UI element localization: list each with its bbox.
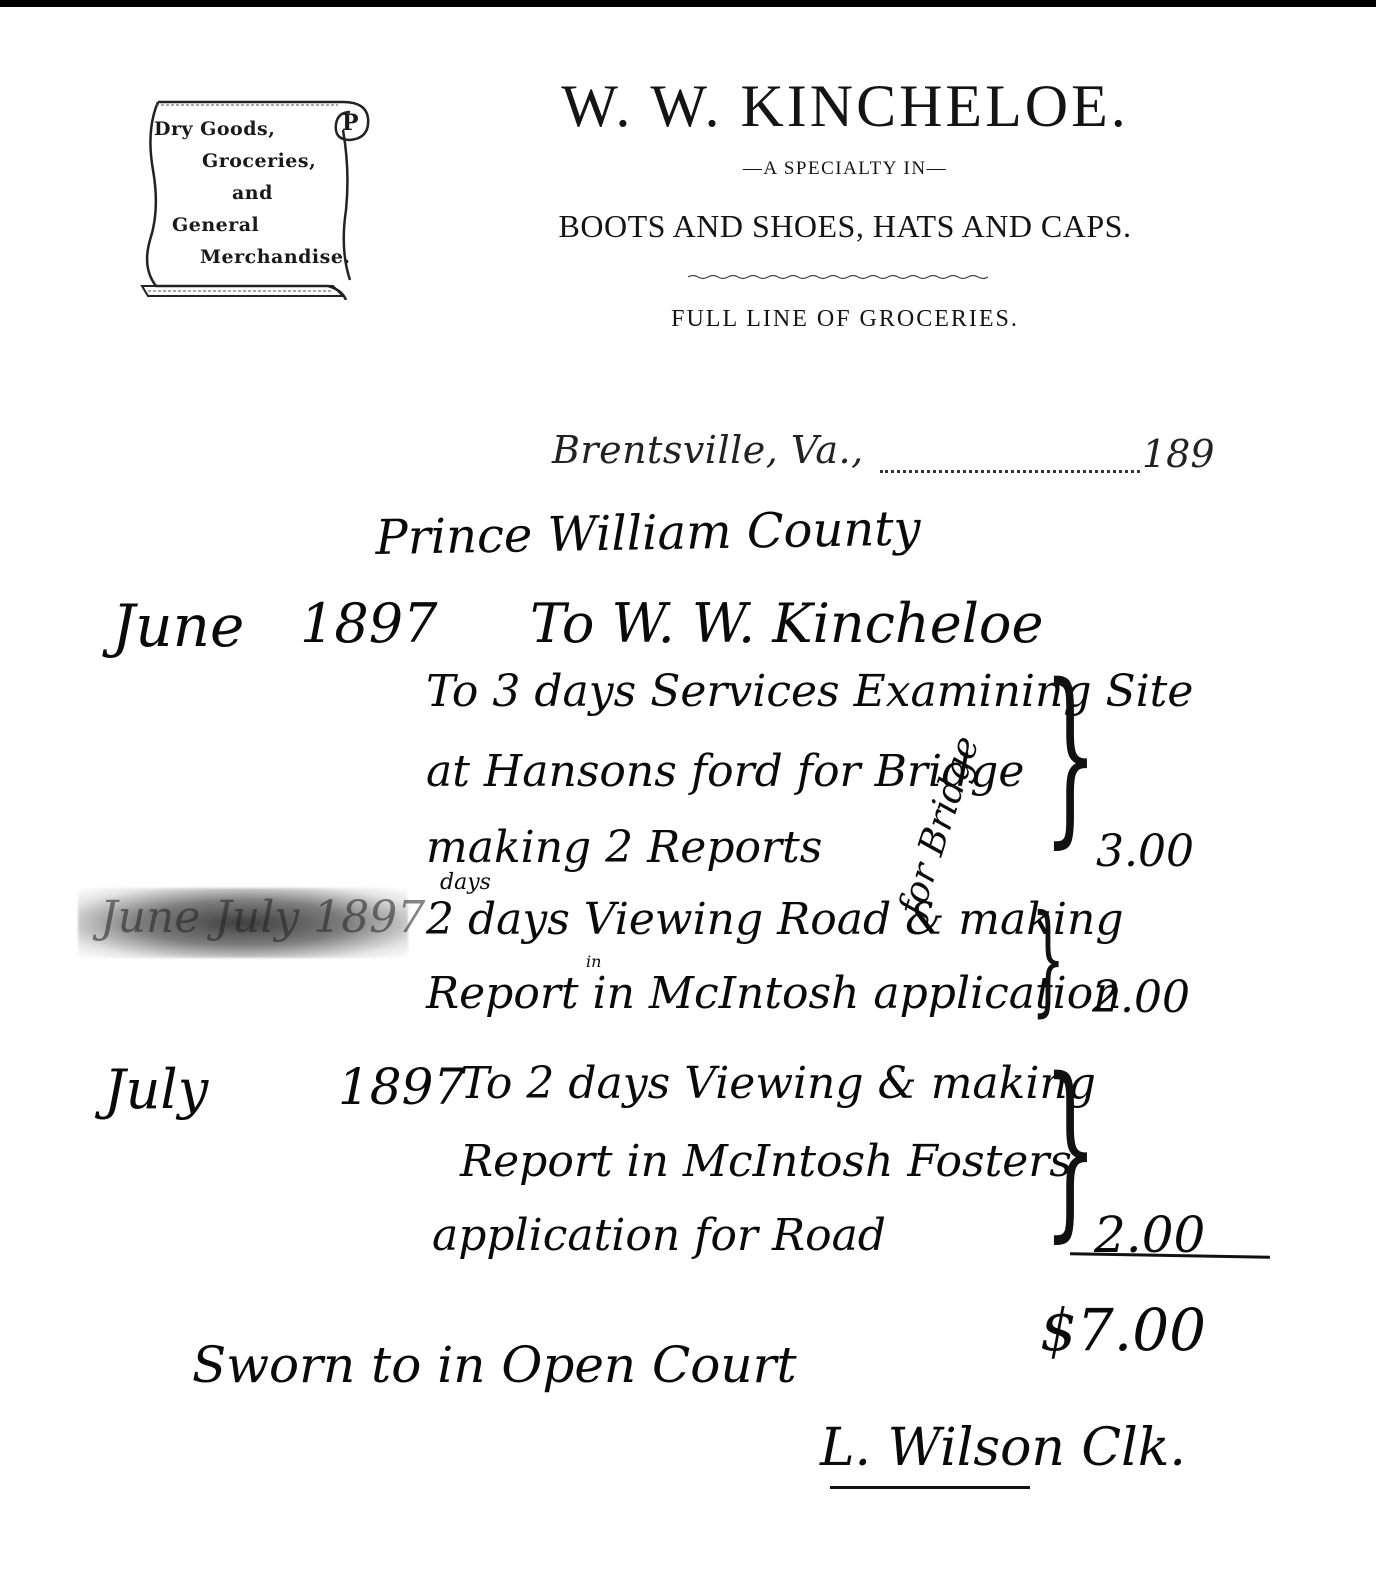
specialty-line: BOOTS AND SHOES, HATS AND CAPS. xyxy=(460,208,1230,245)
item-2-struck-date: June July 1897 xyxy=(100,892,425,943)
attestation: Sworn to in Open Court xyxy=(192,1336,797,1394)
date-blank-line xyxy=(880,470,1140,473)
scroll-corner-letter: P xyxy=(342,110,359,136)
billed-to: Prince William County xyxy=(375,500,921,566)
place-label: Brentsville, Va., xyxy=(552,428,864,472)
item-3-line-2: Report in McIntosh Fosters xyxy=(460,1136,1072,1187)
item-1-amount: 3.00 xyxy=(1096,826,1194,877)
entry-month: June xyxy=(112,592,244,660)
scroll-line-groceries: Groceries, xyxy=(202,150,316,172)
merchandise-scroll-logo: Dry Goods, Groceries, and General Mercha… xyxy=(128,90,378,295)
item-2-amount: 2.00 xyxy=(1092,972,1190,1023)
specialty-intro: —A SPECIALTY IN— xyxy=(460,158,1230,180)
wavy-divider-icon xyxy=(688,274,988,280)
scroll-line-general: General xyxy=(172,214,259,236)
item-3-year: 1897 xyxy=(338,1058,465,1116)
item-2-brace-icon: } xyxy=(1031,900,1065,1020)
item-3-line-3: application for Road xyxy=(432,1210,886,1261)
scroll-line-and: and xyxy=(232,182,273,204)
scroll-line-merchandise: Merchandise. xyxy=(200,246,351,268)
item-2-line-2: Report in McIntosh application xyxy=(426,968,1122,1019)
item-3-brace-icon: } xyxy=(1043,1054,1097,1244)
item-2-insertion-in: in xyxy=(586,952,601,971)
merchant-name: W. W. KINCHELOE. xyxy=(460,72,1230,141)
item-3-line-1: To 2 days Viewing & making xyxy=(460,1058,1096,1109)
clerk-signature: L. Wilson Clk. xyxy=(820,1418,1186,1478)
item-2-line-1: 2 days Viewing Road & making xyxy=(426,894,1124,945)
item-3-month: July xyxy=(104,1058,208,1121)
scan-top-border xyxy=(0,0,1376,7)
item-2-insertion-days: days xyxy=(440,870,491,895)
year-prefix: 189 xyxy=(1142,432,1215,476)
entry-year: 1897 xyxy=(300,592,437,655)
signature-underline xyxy=(830,1486,1030,1489)
groceries-line: FULL LINE OF GROCERIES. xyxy=(460,306,1230,333)
scroll-line-dry-goods: Dry Goods, xyxy=(154,118,275,140)
total-amount: $7.00 xyxy=(1040,1296,1206,1364)
item-1-line-3: making 2 Reports xyxy=(426,822,822,873)
item-1-brace-icon: } xyxy=(1043,660,1097,850)
payee: To W. W. Kincheloe xyxy=(530,592,1043,655)
